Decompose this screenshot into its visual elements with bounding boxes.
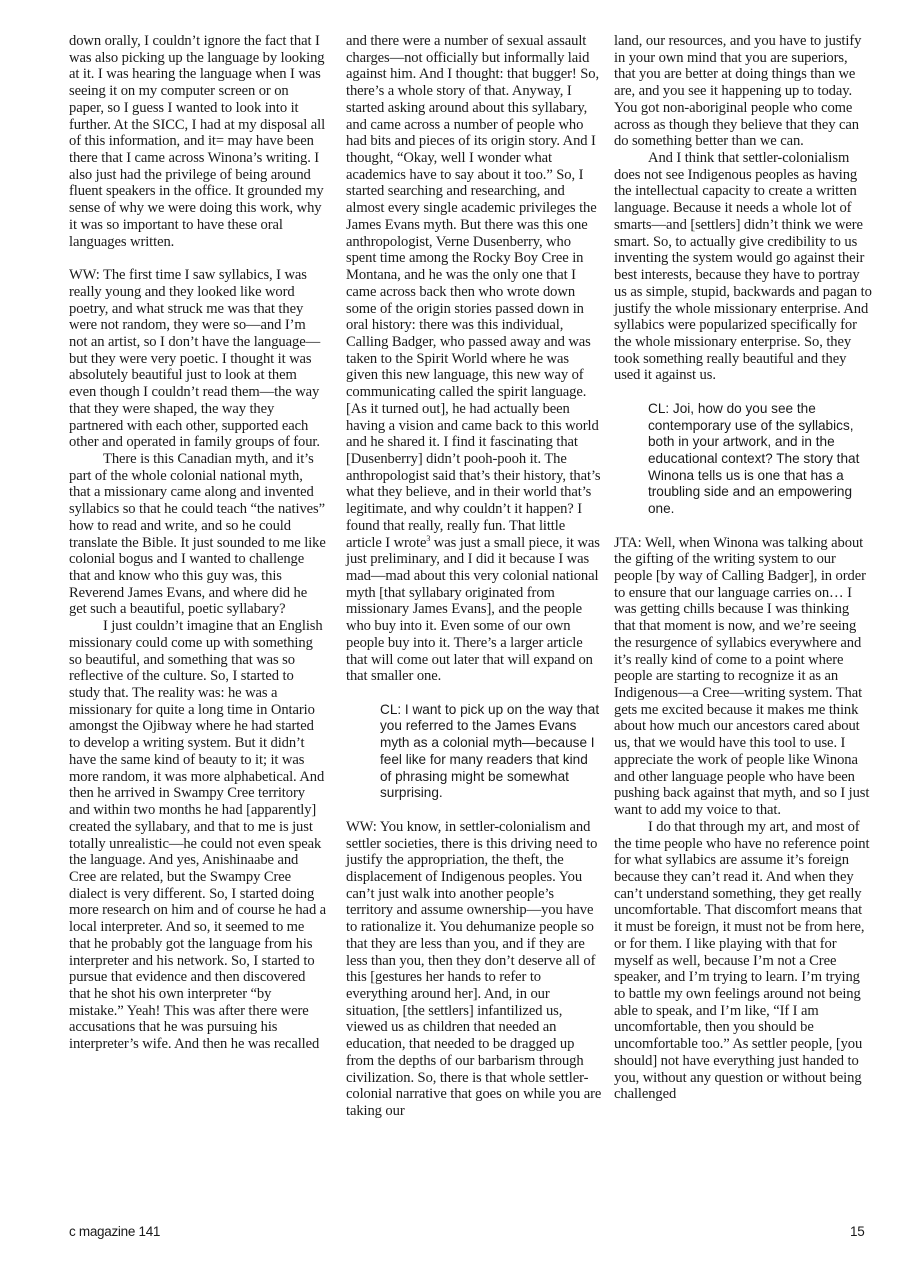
- paragraph-text-continued: was just a small piece, it was just prel…: [346, 535, 600, 685]
- text-column-3: land, our resources, and you have to jus…: [614, 33, 872, 1103]
- magazine-page: down orally, I couldn’t ignore the fact …: [0, 0, 905, 1280]
- paragraph-jta-answer: JTA: Well, when Winona was talking about…: [614, 535, 872, 819]
- paragraph: and there were a number of sexual assaul…: [346, 33, 604, 685]
- interviewer-question: CL: Joi, how do you see the contemporary…: [648, 401, 868, 518]
- paragraph-text: and there were a number of sexual assaul…: [346, 33, 600, 551]
- text-column-2: and there were a number of sexual assaul…: [346, 33, 604, 1120]
- paragraph-ww-answer: WW: The first time I saw syllabics, I wa…: [69, 267, 327, 451]
- publication-name: c magazine 141: [69, 1224, 160, 1239]
- paragraph: And I think that settler-colonialism doe…: [614, 150, 872, 384]
- paragraph: land, our resources, and you have to jus…: [614, 33, 872, 150]
- text-column-1: down orally, I couldn’t ignore the fact …: [69, 33, 327, 1053]
- paragraph: down orally, I couldn’t ignore the fact …: [69, 33, 327, 250]
- interviewer-question: CL: I want to pick up on the way that yo…: [380, 702, 600, 802]
- paragraph: I just couldn’t imagine that an English …: [69, 618, 327, 1053]
- page-number: 15: [850, 1224, 864, 1239]
- paragraph-ww-answer: WW: You know, in settler-colonialism and…: [346, 819, 604, 1120]
- paragraph: There is this Canadian myth, and it’s pa…: [69, 451, 327, 618]
- paragraph: I do that through my art, and most of th…: [614, 819, 872, 1103]
